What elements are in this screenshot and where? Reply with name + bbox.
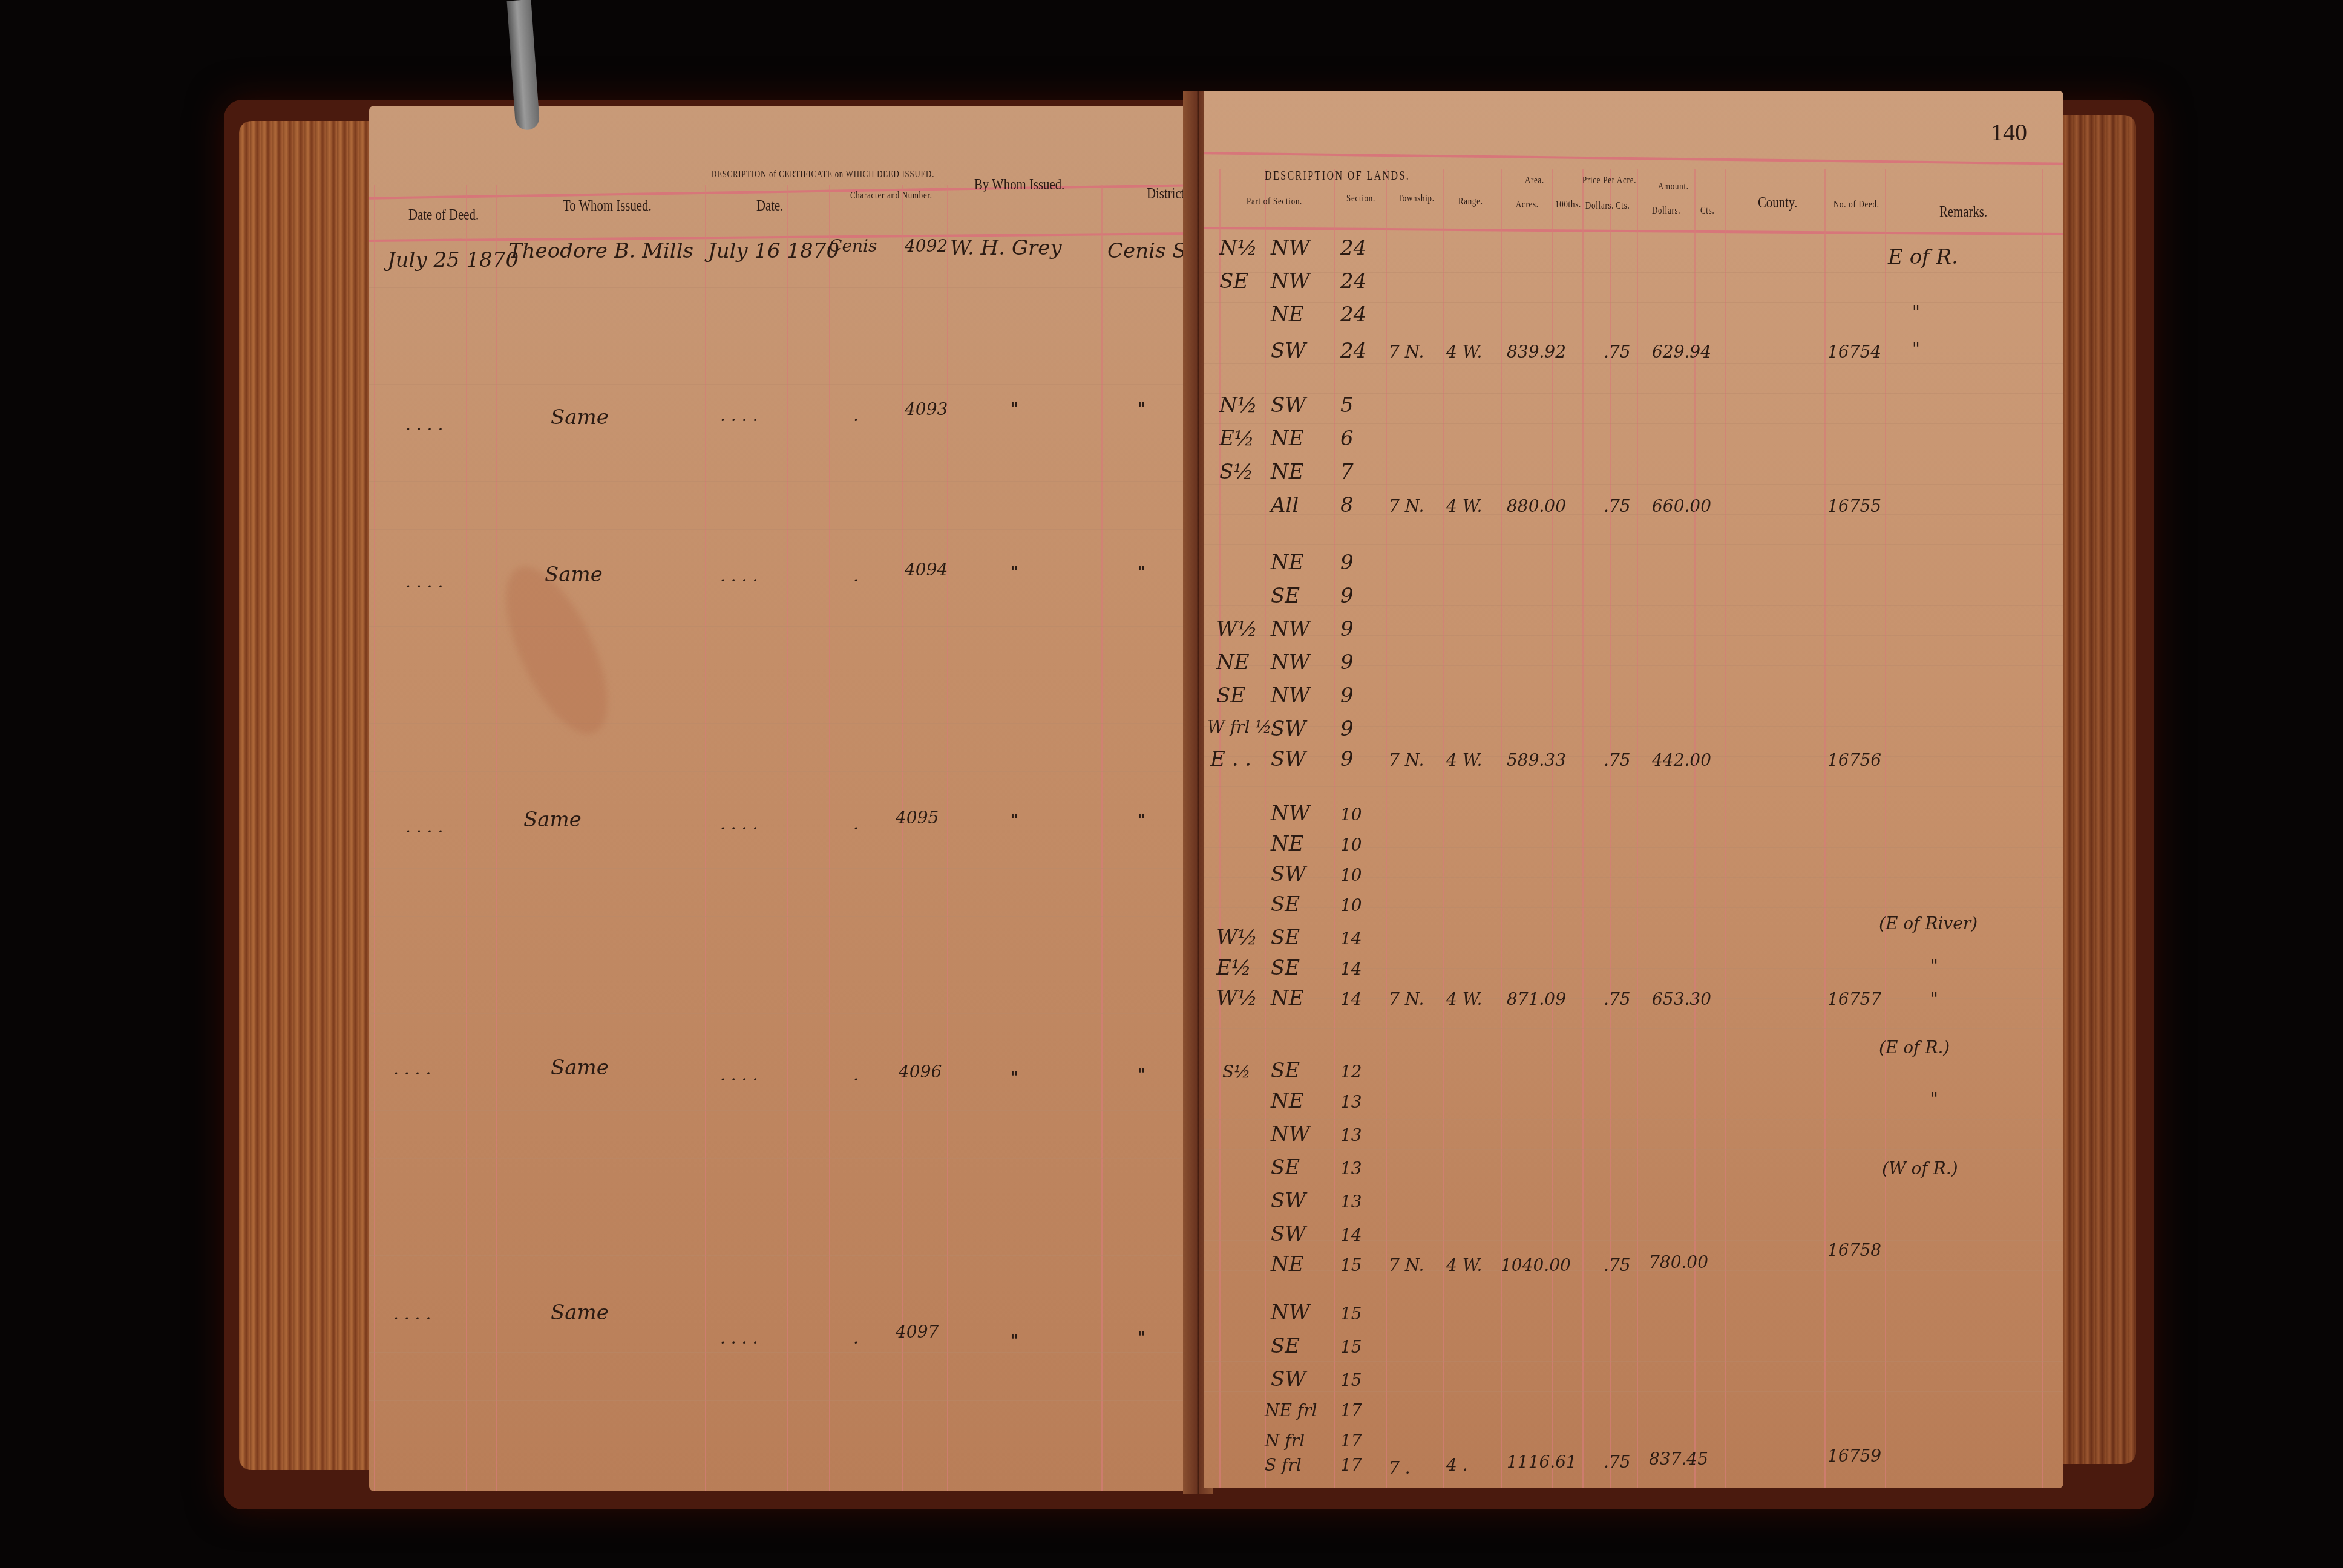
quarter: SE bbox=[1271, 584, 1300, 608]
section: 14 bbox=[1340, 989, 1362, 1009]
header-date-of-deed: Date of Deed. bbox=[408, 206, 479, 224]
column-rule bbox=[374, 185, 375, 1491]
column-rule bbox=[1552, 169, 1553, 1488]
header-price-dollars: Dollars. bbox=[1585, 201, 1614, 212]
section: 13 bbox=[1340, 1158, 1362, 1178]
header-price-cents: Cts. bbox=[1616, 201, 1630, 212]
quarter: NW bbox=[1271, 650, 1310, 675]
quarter: SW bbox=[1271, 339, 1306, 363]
page-number: 140 bbox=[1991, 118, 2027, 146]
header-acres: Acres. bbox=[1516, 200, 1539, 211]
part-of-section: SE bbox=[1219, 269, 1248, 293]
quarter: NE bbox=[1271, 302, 1304, 327]
section: 17 bbox=[1340, 1431, 1362, 1451]
price-per-acre: .75 bbox=[1604, 342, 1631, 362]
issued-by: " bbox=[1011, 811, 1018, 831]
date-of-deed: . . . . bbox=[405, 414, 443, 434]
section: 24 bbox=[1340, 269, 1366, 293]
range: 4 W. bbox=[1446, 989, 1483, 1009]
deed-number: 16755 bbox=[1827, 496, 1881, 516]
quarter: SW bbox=[1271, 1189, 1306, 1213]
certificate-date: . . . . bbox=[720, 814, 758, 834]
price-per-acre: .75 bbox=[1604, 496, 1631, 516]
certificate-date: . . . . bbox=[720, 405, 758, 425]
certificate-number: 4092 bbox=[905, 236, 948, 256]
issued-by: " bbox=[1011, 1331, 1018, 1351]
section: 8 bbox=[1340, 493, 1354, 517]
header-to-whom-issued: To Whom Issued. bbox=[563, 197, 652, 215]
part-of-section: S½ bbox=[1222, 1062, 1250, 1082]
remark: (E of R.) bbox=[1879, 1037, 1950, 1057]
section: 13 bbox=[1340, 1192, 1362, 1212]
quarter: SW bbox=[1271, 393, 1306, 417]
header-hundredths: 100ths. bbox=[1555, 200, 1581, 211]
section: 10 bbox=[1340, 865, 1362, 885]
remark: " bbox=[1912, 302, 1920, 322]
quarter: SW bbox=[1271, 862, 1306, 886]
header-range: Range. bbox=[1458, 197, 1483, 207]
left-page: Date of Deed. To Whom Issued. DESCRIPTIO… bbox=[369, 106, 1195, 1491]
range: 4 W. bbox=[1446, 496, 1483, 516]
quarter: N frl bbox=[1265, 1431, 1305, 1451]
header-amount: Amount. bbox=[1658, 181, 1689, 192]
remark: " bbox=[1930, 956, 1938, 976]
section: 9 bbox=[1340, 550, 1354, 575]
part-of-section: SE bbox=[1216, 684, 1245, 708]
deed-number: 16759 bbox=[1827, 1446, 1881, 1466]
column-rule bbox=[1443, 169, 1444, 1488]
header-part-of-section: Part of Section. bbox=[1247, 197, 1302, 207]
district: " bbox=[1138, 1328, 1145, 1348]
quarter: All bbox=[1271, 493, 1299, 517]
price-per-acre: .75 bbox=[1604, 1452, 1631, 1472]
township: 7 N. bbox=[1389, 989, 1424, 1009]
certificate-date: . . . . bbox=[720, 566, 758, 586]
section: 15 bbox=[1340, 1255, 1362, 1275]
section: 15 bbox=[1340, 1337, 1362, 1357]
header-section: Section. bbox=[1346, 194, 1375, 204]
column-rule bbox=[1694, 169, 1696, 1488]
price-per-acre: .75 bbox=[1604, 1255, 1631, 1275]
part-of-section: S½ bbox=[1219, 460, 1253, 484]
certificate-number: 4096 bbox=[899, 1062, 942, 1082]
header-certificate-group: DESCRIPTION of CERTIFICATE on WHICH DEED… bbox=[711, 169, 934, 180]
acres: 589.33 bbox=[1507, 750, 1566, 770]
section: 9 bbox=[1340, 717, 1354, 741]
range: 4 W. bbox=[1446, 1255, 1483, 1275]
column-rule bbox=[1725, 169, 1726, 1488]
quarter: SE bbox=[1271, 956, 1300, 980]
part-of-section: W½ bbox=[1216, 926, 1257, 950]
price-per-acre: .75 bbox=[1604, 750, 1631, 770]
certificate-date: July 16 1870 bbox=[708, 239, 839, 263]
grantee-name: Same bbox=[523, 808, 582, 832]
remark: E of R. bbox=[1888, 245, 1958, 269]
deed-number: 16756 bbox=[1827, 750, 1881, 770]
issued-by: " bbox=[1011, 563, 1018, 583]
section: 9 bbox=[1340, 684, 1354, 708]
header-price-per-acre: Price Per Acre. bbox=[1582, 175, 1636, 186]
date-of-deed: . . . . bbox=[405, 817, 443, 837]
section: 5 bbox=[1340, 393, 1354, 417]
quarter: SE bbox=[1271, 1059, 1300, 1083]
certificate-number: 4095 bbox=[896, 808, 939, 828]
header-district: District. bbox=[1147, 185, 1188, 203]
column-rule bbox=[787, 185, 788, 1491]
amount: 837.45 bbox=[1649, 1449, 1708, 1469]
quarter: NE bbox=[1271, 426, 1304, 451]
issued-by: " bbox=[1011, 1068, 1018, 1088]
section: 9 bbox=[1340, 650, 1354, 675]
township: 7 N. bbox=[1389, 342, 1424, 362]
part-of-section: W½ bbox=[1216, 617, 1257, 641]
grantee-name: Theodore B. Mills bbox=[508, 239, 693, 263]
column-rule bbox=[1334, 169, 1335, 1488]
grantee-name: Same bbox=[551, 405, 609, 430]
township: 7 N. bbox=[1389, 750, 1424, 770]
right-page: 140 DESCRIPTION OF LANDS. Part of Sectio… bbox=[1204, 91, 2063, 1488]
date-of-deed: July 25 1870 bbox=[387, 248, 519, 272]
certificate-character: . bbox=[853, 566, 859, 586]
right-page-edges bbox=[2051, 115, 2136, 1464]
acres: 1116.61 bbox=[1507, 1452, 1577, 1472]
certificate-character: . bbox=[853, 405, 859, 425]
deed-number: 16757 bbox=[1827, 989, 1881, 1009]
part-of-section: E . . bbox=[1210, 747, 1251, 771]
district: Cenis Stas bbox=[1107, 239, 1195, 263]
range: 4 W. bbox=[1446, 342, 1483, 362]
header-county: County. bbox=[1758, 194, 1797, 212]
remark: " bbox=[1912, 339, 1920, 359]
header-description-of-lands: DESCRIPTION OF LANDS. bbox=[1265, 169, 1410, 183]
quarter: SE bbox=[1271, 1334, 1300, 1358]
amount: 660.00 bbox=[1652, 496, 1711, 516]
column-rule bbox=[1637, 169, 1638, 1488]
section: 7 bbox=[1340, 460, 1354, 484]
grantee-name: Same bbox=[551, 1056, 609, 1080]
grantee-name: Same bbox=[551, 1301, 609, 1325]
section: 13 bbox=[1340, 1125, 1362, 1145]
header-area: Area. bbox=[1525, 175, 1544, 186]
header-cert-date: Date. bbox=[756, 197, 783, 215]
amount: 629.94 bbox=[1652, 342, 1711, 362]
acres: 839.92 bbox=[1507, 342, 1566, 362]
section: 10 bbox=[1340, 835, 1362, 855]
district: " bbox=[1138, 399, 1145, 419]
quarter: NE bbox=[1271, 550, 1304, 575]
section: 14 bbox=[1340, 1225, 1362, 1245]
section: 17 bbox=[1340, 1455, 1362, 1475]
part-of-section: E½ bbox=[1216, 956, 1251, 980]
header-bottom-rule bbox=[1204, 227, 2063, 235]
quarter: NE bbox=[1271, 460, 1304, 484]
section: 12 bbox=[1340, 1062, 1362, 1082]
date-of-deed: . . . . bbox=[405, 572, 443, 592]
header-remarks: Remarks. bbox=[1939, 203, 1987, 221]
part-of-section: E½ bbox=[1219, 426, 1254, 451]
quarter: NW bbox=[1271, 1122, 1310, 1146]
part-of-section: NE bbox=[1216, 650, 1250, 675]
date-of-deed: . . . . bbox=[393, 1059, 431, 1079]
district: " bbox=[1138, 811, 1145, 831]
header-township: Township. bbox=[1398, 194, 1435, 204]
quarter: NE frl bbox=[1265, 1400, 1317, 1420]
part-of-section: W½ bbox=[1216, 986, 1257, 1010]
issued-by: " bbox=[1011, 399, 1018, 419]
certificate-character: Cenis bbox=[829, 236, 877, 256]
column-rule bbox=[2042, 169, 2043, 1488]
section: 14 bbox=[1340, 929, 1362, 949]
column-rule bbox=[1610, 169, 1611, 1488]
quarter: NW bbox=[1271, 802, 1310, 826]
column-rule bbox=[947, 185, 948, 1491]
section: 10 bbox=[1340, 895, 1362, 915]
quarter: NE bbox=[1271, 832, 1304, 856]
issued-by: W. H. Grey bbox=[950, 236, 1062, 260]
quarter: NW bbox=[1271, 1301, 1310, 1325]
column-rule bbox=[1265, 169, 1266, 1488]
certificate-character: . bbox=[853, 814, 859, 834]
section: 24 bbox=[1340, 339, 1366, 363]
deed-number: 16754 bbox=[1827, 342, 1881, 362]
remark: " bbox=[1930, 989, 1938, 1009]
header-amount-cents: Cts. bbox=[1700, 206, 1714, 217]
township: 7 N. bbox=[1389, 1255, 1424, 1275]
quarter: SW bbox=[1271, 1367, 1306, 1391]
quarter: SW bbox=[1271, 717, 1306, 741]
quarter: NW bbox=[1271, 269, 1310, 293]
range: 4 . bbox=[1446, 1455, 1468, 1475]
column-rule bbox=[1501, 169, 1502, 1488]
quarter: SW bbox=[1271, 1222, 1306, 1246]
quarter: NE bbox=[1271, 1252, 1304, 1276]
section: 14 bbox=[1340, 959, 1362, 979]
column-rule bbox=[1386, 169, 1387, 1488]
deed-number: 16758 bbox=[1827, 1240, 1881, 1260]
quarter: SE bbox=[1271, 1155, 1300, 1180]
amount: 653.30 bbox=[1652, 989, 1711, 1009]
column-rule bbox=[466, 185, 467, 1491]
section: 9 bbox=[1340, 584, 1354, 608]
section: 13 bbox=[1340, 1092, 1362, 1112]
remark: " bbox=[1930, 1089, 1938, 1109]
remark: (W of R.) bbox=[1882, 1158, 1958, 1178]
quarter: NW bbox=[1271, 684, 1310, 708]
left-page-edges bbox=[239, 121, 378, 1470]
quarter: SW bbox=[1271, 747, 1306, 771]
part-of-section: N½ bbox=[1219, 393, 1257, 417]
acres: 1040.00 bbox=[1501, 1255, 1571, 1275]
quarter: SE bbox=[1271, 892, 1300, 916]
certificate-date: . . . . bbox=[720, 1065, 758, 1085]
quarter: S frl bbox=[1265, 1455, 1302, 1475]
header-character-number: Character and Number. bbox=[850, 191, 932, 201]
certificate-character: . bbox=[853, 1328, 859, 1348]
header-top-rule bbox=[1204, 152, 2063, 165]
section: 24 bbox=[1340, 236, 1366, 260]
column-rule bbox=[1101, 185, 1103, 1491]
section: 9 bbox=[1340, 747, 1354, 771]
quarter: NE bbox=[1271, 1089, 1304, 1113]
amount: 442.00 bbox=[1652, 750, 1711, 770]
column-rule bbox=[1582, 169, 1584, 1488]
district: " bbox=[1138, 563, 1145, 583]
certificate-number: 4097 bbox=[896, 1322, 939, 1342]
part-of-section: W frl ½ bbox=[1207, 717, 1271, 737]
header-by-whom-issued: By Whom Issued. bbox=[974, 175, 1064, 194]
certificate-date: . . . . bbox=[720, 1328, 758, 1348]
column-rule bbox=[705, 185, 706, 1491]
section: 15 bbox=[1340, 1304, 1362, 1324]
section: 10 bbox=[1340, 805, 1362, 825]
column-rule bbox=[829, 185, 830, 1491]
column-rule bbox=[1824, 169, 1826, 1488]
header-amount-dollars: Dollars. bbox=[1652, 206, 1680, 217]
certificate-number: 4093 bbox=[905, 399, 948, 419]
amount: 780.00 bbox=[1649, 1252, 1708, 1272]
section: 24 bbox=[1340, 302, 1366, 327]
acres: 880.00 bbox=[1507, 496, 1566, 516]
township: 7 N. bbox=[1389, 496, 1424, 516]
part-of-section: N½ bbox=[1219, 236, 1257, 260]
section: 17 bbox=[1340, 1400, 1362, 1420]
date-of-deed: . . . . bbox=[393, 1304, 431, 1324]
header-deed-number: No. of Deed. bbox=[1833, 200, 1879, 211]
certificate-character: . bbox=[853, 1065, 859, 1085]
acres: 871.09 bbox=[1507, 989, 1566, 1009]
column-rule bbox=[902, 185, 903, 1491]
section: 6 bbox=[1340, 426, 1354, 451]
price-per-acre: .75 bbox=[1604, 989, 1631, 1009]
column-rule bbox=[1885, 169, 1886, 1488]
section: 15 bbox=[1340, 1370, 1362, 1390]
quarter: SE bbox=[1271, 926, 1300, 950]
quarter: NW bbox=[1271, 236, 1310, 260]
quarter: NW bbox=[1271, 617, 1310, 641]
range: 4 W. bbox=[1446, 750, 1483, 770]
township: 7 . bbox=[1389, 1458, 1411, 1478]
quarter: NE bbox=[1271, 986, 1304, 1010]
column-rule bbox=[496, 185, 497, 1491]
section: 9 bbox=[1340, 617, 1354, 641]
remark: (E of River) bbox=[1879, 913, 1978, 933]
district: " bbox=[1138, 1065, 1145, 1085]
certificate-number: 4094 bbox=[905, 560, 948, 580]
column-rule bbox=[1219, 169, 1221, 1488]
